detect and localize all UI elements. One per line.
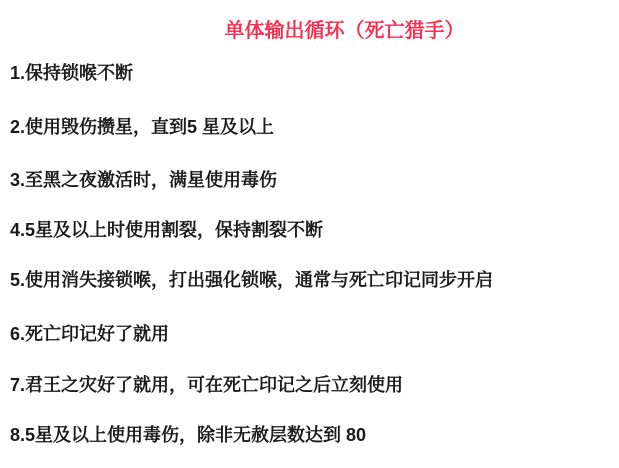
- list-item-5: 5.使用消失接锁喉，打出强化锁喉，通常与死亡印记同步开启: [10, 270, 613, 290]
- guide-document: 单体输出循环（死亡猎手） 1.保持锁喉不断 2.使用毁伤攒星，直到5 星及以上 …: [0, 0, 619, 468]
- list-item-2: 2.使用毁伤攒星，直到5 星及以上: [10, 117, 613, 137]
- list-item-4: 4.5星及以上时使用割裂，保持割裂不断: [10, 220, 613, 240]
- page-title: 单体输出循环（死亡猎手）: [0, 19, 619, 43]
- list-item-7: 7.君王之灾好了就用，可在死亡印记之后立刻使用: [10, 375, 613, 395]
- list-item-1: 1.保持锁喉不断: [10, 63, 613, 83]
- list-item-6: 6.死亡印记好了就用: [10, 324, 613, 344]
- list-item-3: 3.至黑之夜激活时，满星使用毒伤: [10, 170, 613, 190]
- list-item-8: 8.5星及以上使用毒伤，除非无赦层数达到 80: [10, 425, 613, 445]
